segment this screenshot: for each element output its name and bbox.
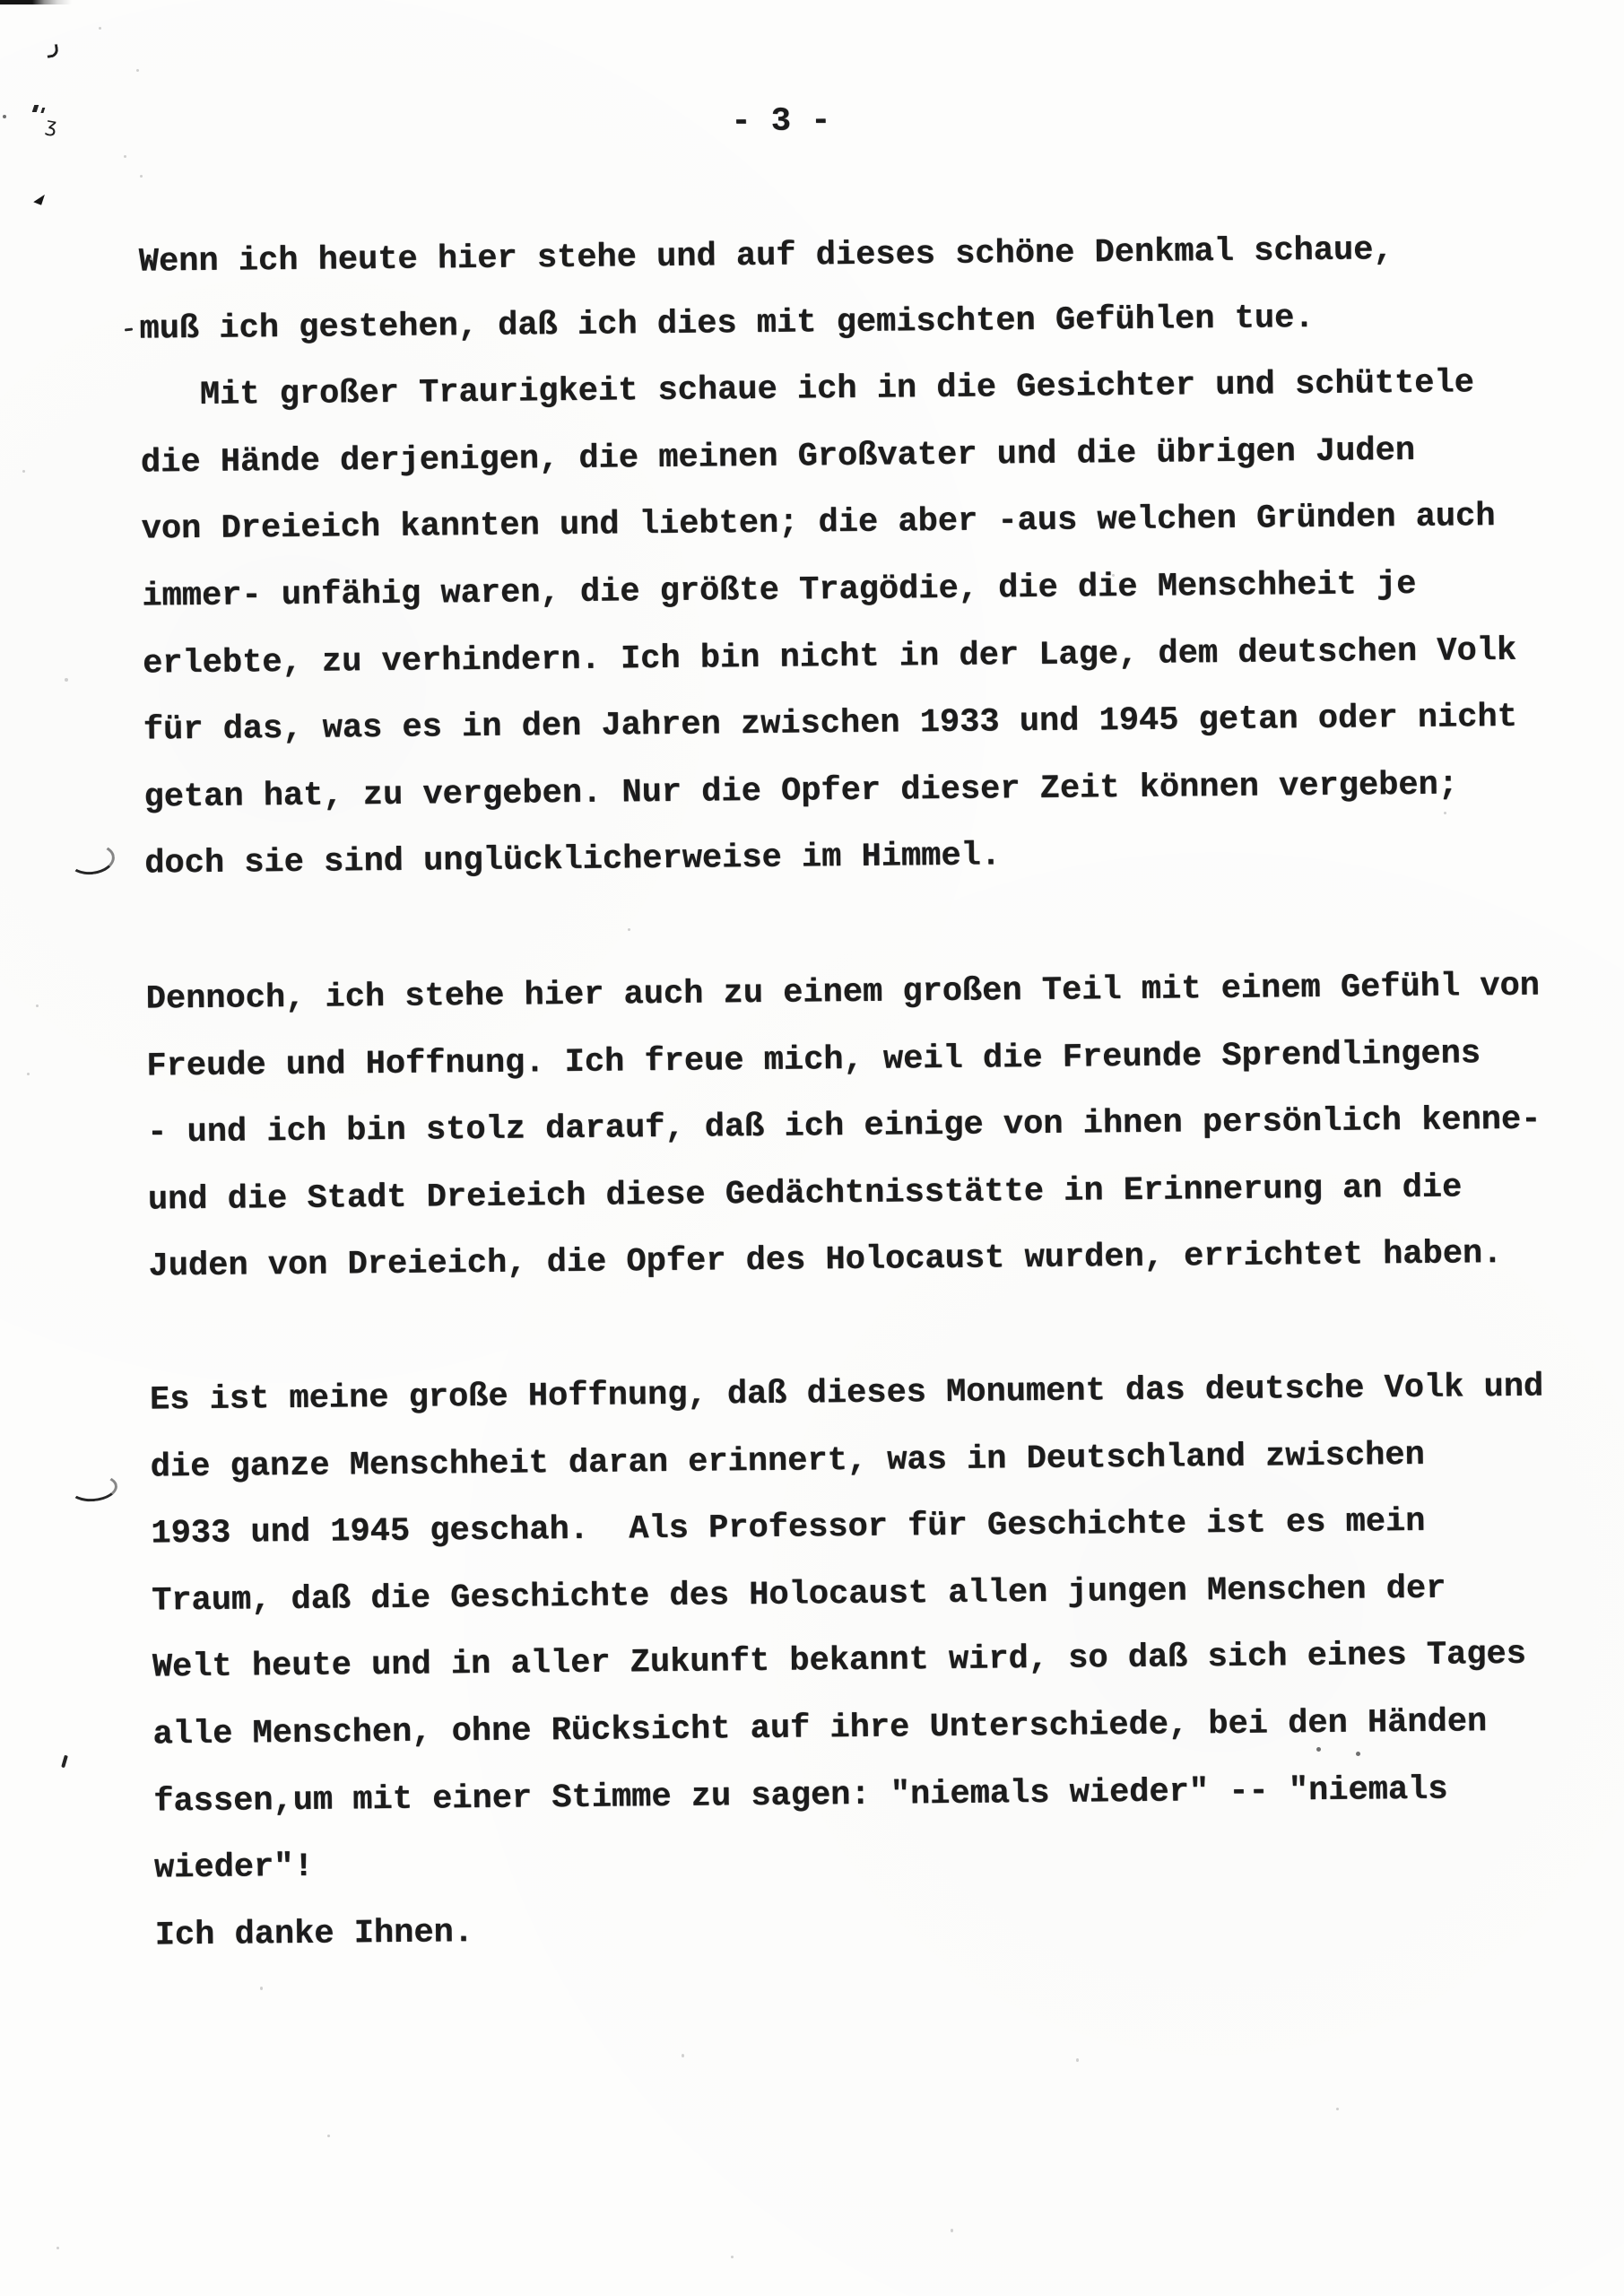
scanned-page: - 3 - Wenn ich heute hier stehe und auf …	[0, 0, 1624, 2296]
paragraph-3: Es ist meine große Hoffnung, daß dieses …	[150, 1353, 1607, 1970]
text-line: doch sie sind unglücklicherweise im Himm…	[144, 817, 1597, 898]
text-line: Ich danke Ihnen.	[154, 1889, 1607, 1970]
text-line: Juden von Dreieich, die Opfer des Holoca…	[148, 1220, 1601, 1300]
paragraph-1: Wenn ich heute hier stehe und auf dieses…	[138, 215, 1596, 898]
paragraph-2: Dennoch, ich stehe hier auch zu einem gr…	[145, 952, 1601, 1300]
text-line: Wenn ich heute hier stehe und auf dieses…	[138, 215, 1591, 296]
typewritten-text: - 3 - Wenn ich heute hier stehe und auf …	[0, 0, 1624, 2296]
page-number: - 3 -	[731, 88, 831, 156]
text-line: fassen,um mit einer Stimme zu sagen: "ni…	[153, 1754, 1606, 1835]
